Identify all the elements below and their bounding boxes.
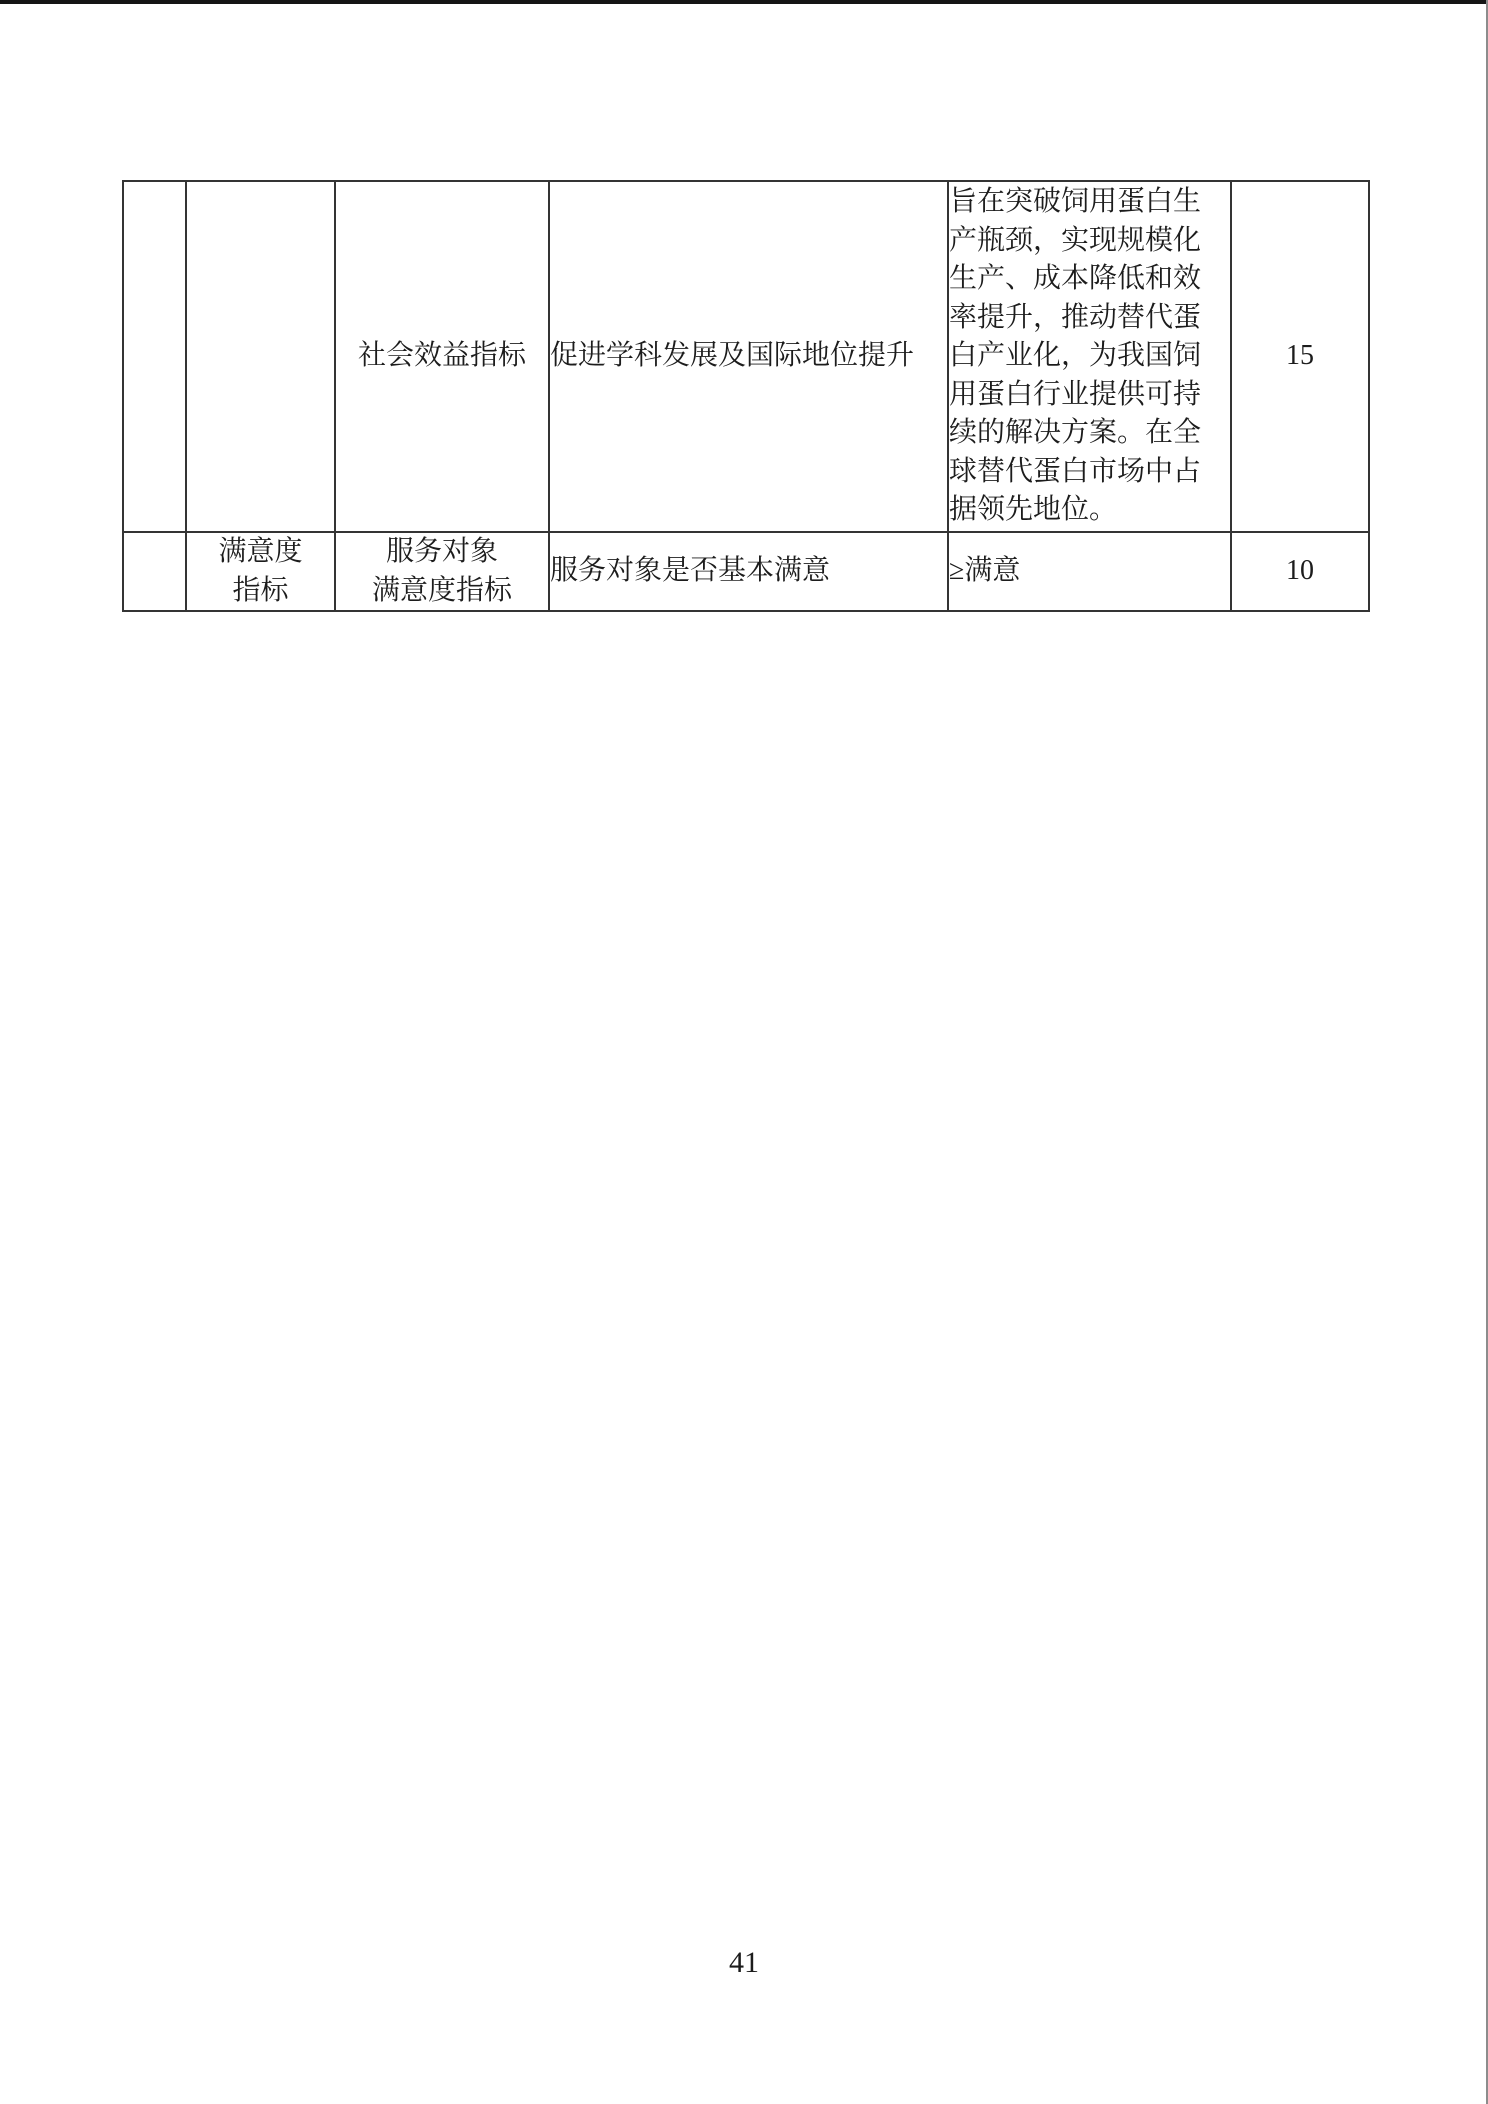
table-row-social-benefit: 社会效益指标 促进学科发展及国际地位提升 旨在突破饲用蛋白生 产瓶颈，实现规模化… [123,181,1369,532]
performance-indicator-table: 社会效益指标 促进学科发展及国际地位提升 旨在突破饲用蛋白生 产瓶颈，实现规模化… [122,180,1370,612]
cell-indicator-name-satisfaction: 服务对象 满意度指标 [335,532,549,611]
cell-group-satisfaction: 满意度 指标 [186,532,335,611]
cell-metric-social: 促进学科发展及国际地位提升 [549,181,948,532]
cell-score-social: 15 [1231,181,1369,532]
cell-indicator-name-social: 社会效益指标 [335,181,549,532]
cell-metric-satisfaction: 服务对象是否基本满意 [549,532,948,611]
cell-group-blank [186,181,335,532]
cell-target-satisfaction: ≥满意 [948,532,1231,611]
cell-score-satisfaction: 10 [1231,532,1369,611]
page-top-edge [0,0,1488,4]
table-row-satisfaction: 满意度 指标 服务对象 满意度指标 服务对象是否基本满意 ≥满意 10 [123,532,1369,611]
cell-category-blank [123,181,186,532]
page-number: 41 [0,1946,1488,1980]
cell-category-blank-2 [123,532,186,611]
document-page: 社会效益指标 促进学科发展及国际地位提升 旨在突破饲用蛋白生 产瓶颈，实现规模化… [0,0,1488,2104]
cell-target-social: 旨在突破饲用蛋白生 产瓶颈，实现规模化 生产、成本降低和效 率提升，推动替代蛋 … [948,181,1231,532]
